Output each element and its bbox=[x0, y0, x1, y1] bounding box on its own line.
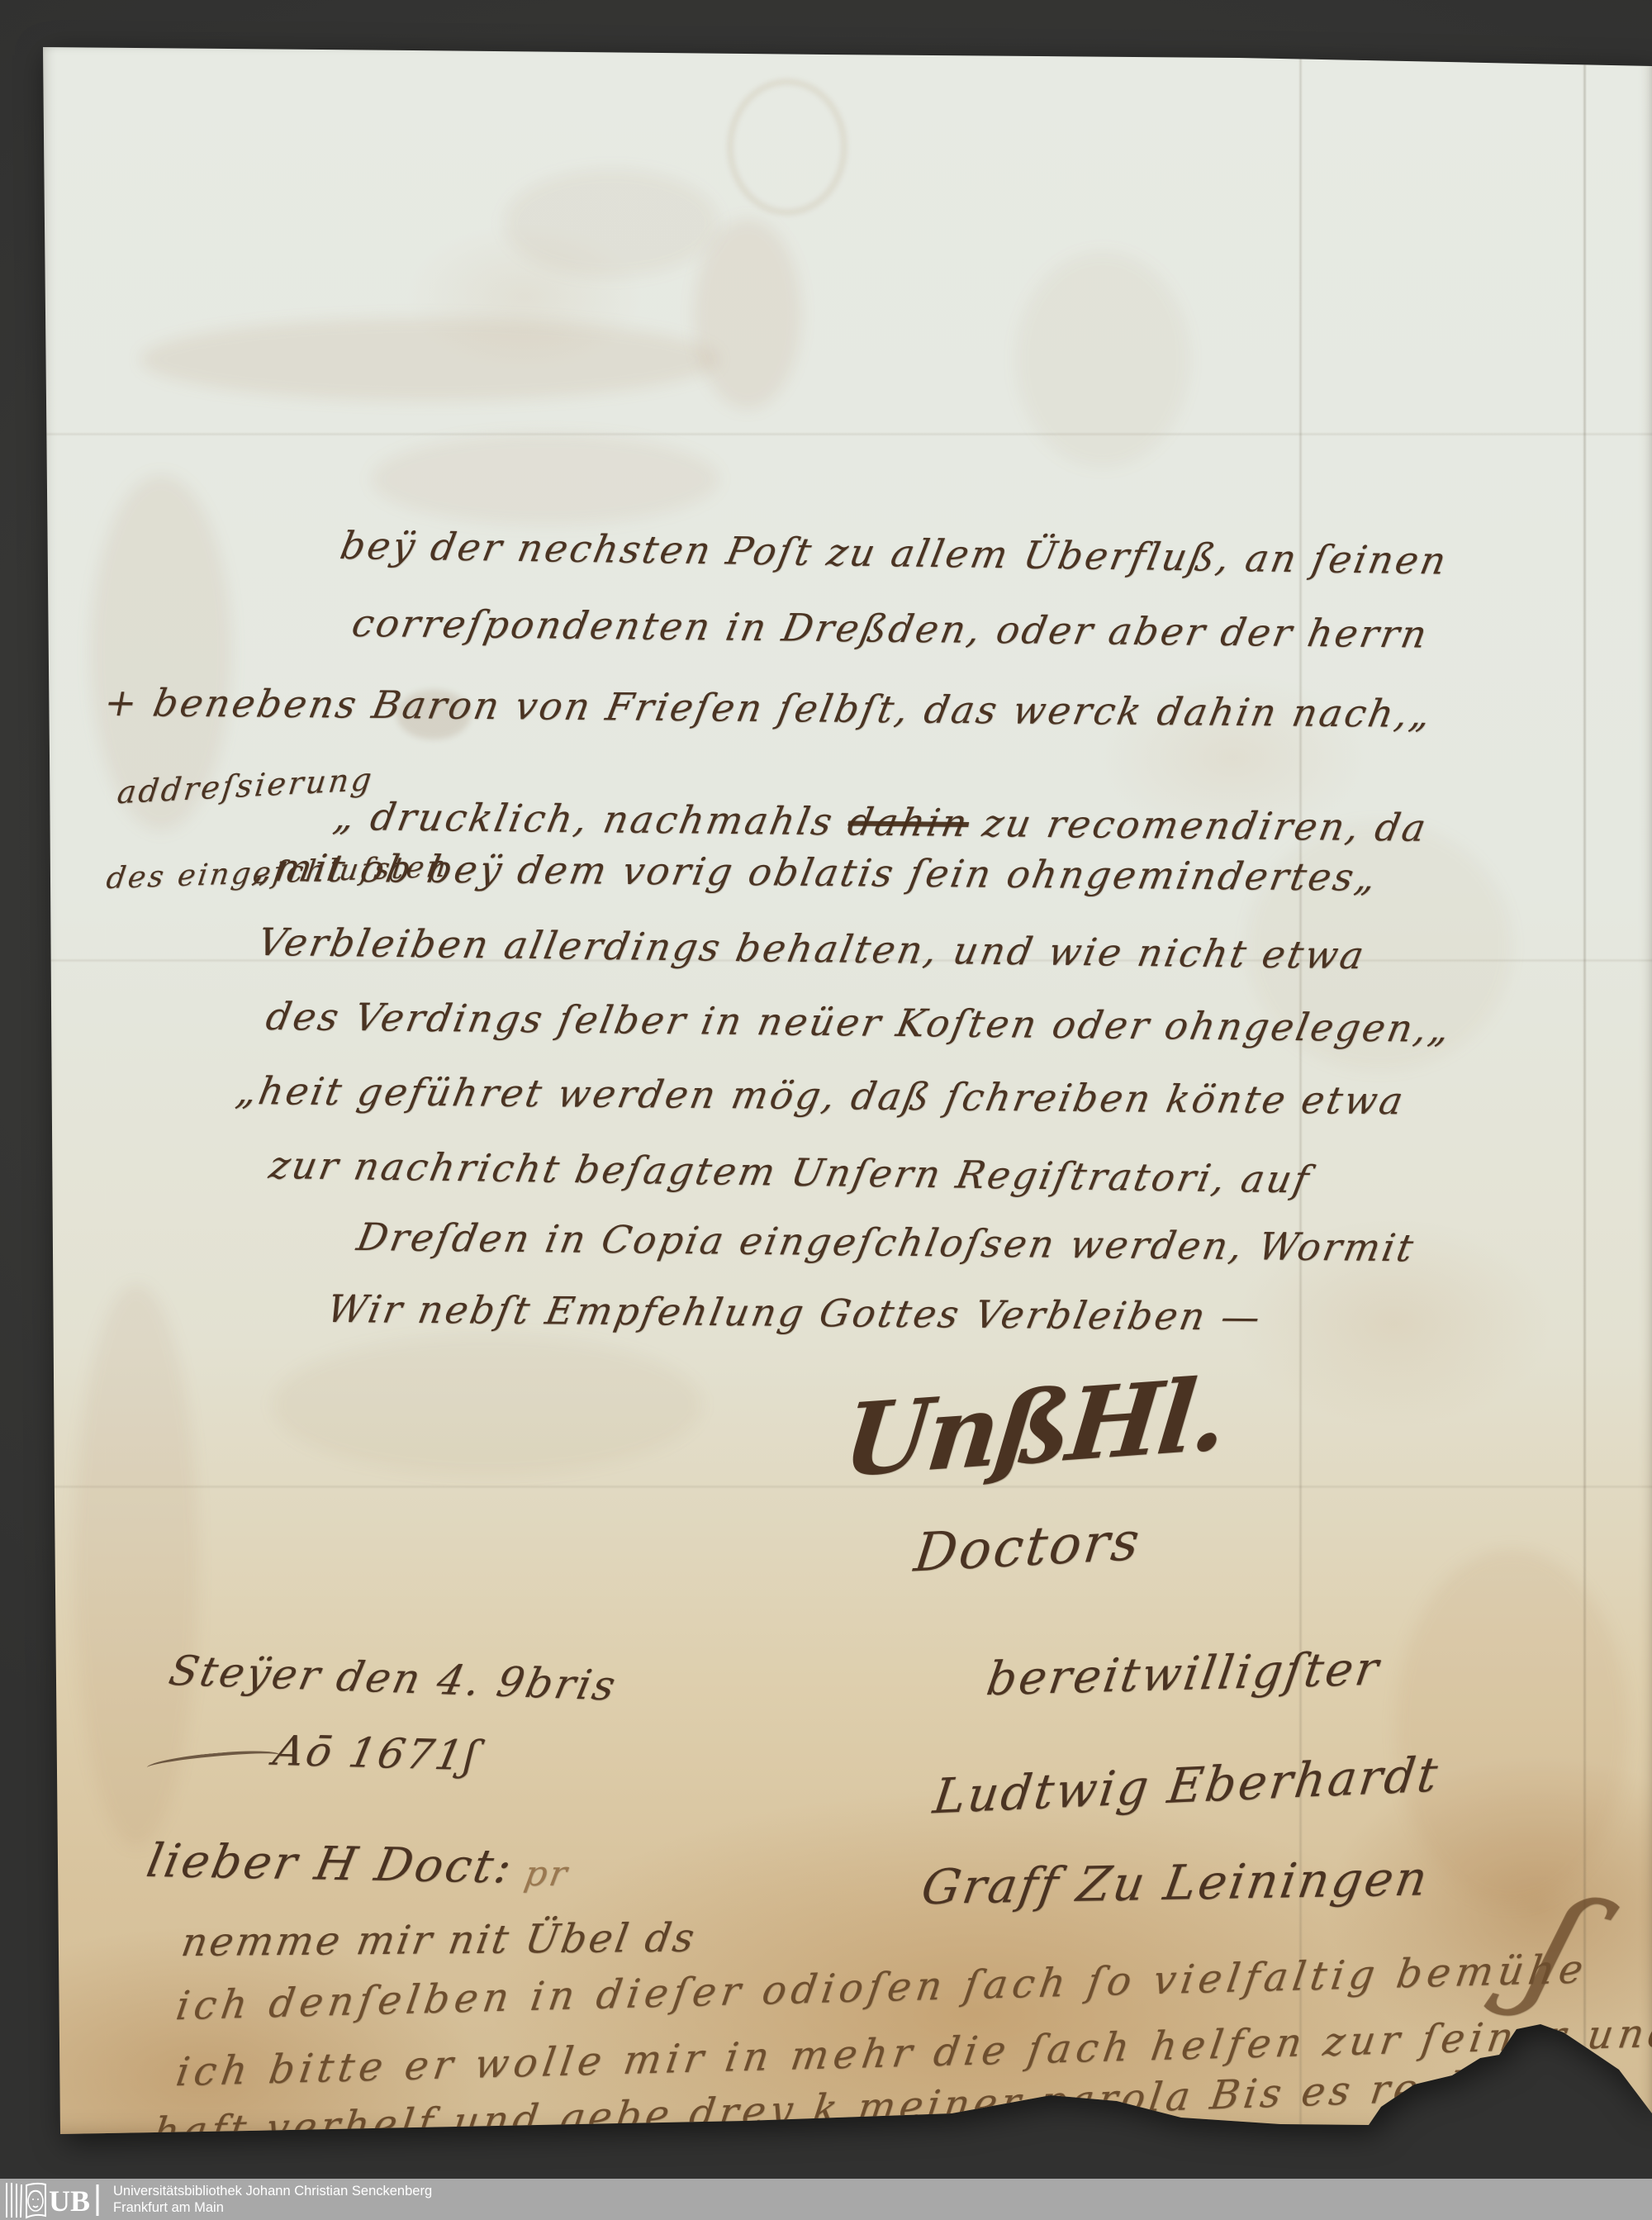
manuscript-line: Verbleiben allerdings behalten, und wie … bbox=[254, 920, 1370, 977]
manuscript-paper: beÿ der nechsten Poſt zu allem Überfluß,… bbox=[41, 45, 1652, 2140]
manuscript-line: Doctors bbox=[911, 1511, 1145, 1585]
manuscript-line: Wir nebſt Empfehlung Gottes Verbleiben — bbox=[324, 1286, 1266, 1339]
manuscript-line: lieber H Doct: bbox=[142, 1834, 518, 1894]
manuscript-line: UnßHl. bbox=[838, 1356, 1230, 1500]
manuscript-line: bereitwilligſter bbox=[983, 1642, 1384, 1707]
ink-layer: beÿ der nechsten Poſt zu allem Überfluß,… bbox=[41, 45, 1652, 2140]
scan-mat: beÿ der nechsten Poſt zu allem Überfluß,… bbox=[0, 0, 1652, 2220]
manuscript-line: Graff Zu Leiningen bbox=[918, 1850, 1433, 1915]
ub-logo-text: UB bbox=[49, 2184, 90, 2218]
library-banner: UB Universitätsbibliothek Johann Christi… bbox=[0, 2179, 1652, 2220]
library-logo: UB bbox=[4, 2179, 102, 2220]
manuscript-line: „heit geführet werden mög, daß ſchreiben… bbox=[233, 1068, 1409, 1123]
manuscript-line: Steÿer den 4. 9bris bbox=[165, 1647, 622, 1709]
manuscript-line: Aō 1671ʃ bbox=[269, 1727, 483, 1780]
library-name: Universitätsbibliothek Johann Christian … bbox=[113, 2183, 432, 2199]
manuscript-line: pr bbox=[521, 1853, 572, 1894]
manuscript-line: beÿ der nechsten Poſt zu allem Überfluß,… bbox=[337, 523, 1452, 583]
manuscript-line: kommen ih. bbox=[1375, 2114, 1571, 2157]
paper-shadow-wrap: beÿ der nechsten Poſt zu allem Überfluß,… bbox=[0, 0, 1652, 2220]
manuscript-line: + benebens Baron von Frieſen ſelbſt, das… bbox=[101, 680, 1436, 736]
ub-book-face-icon: UB bbox=[4, 2180, 102, 2219]
manuscript-line: des Verdings ſelber in neüer Koſten oder… bbox=[263, 994, 1455, 1051]
library-city: Frankfurt am Main bbox=[113, 2199, 432, 2216]
manuscript-line: Dreſden in Copia eingeſchloſsen werden, … bbox=[354, 1215, 1419, 1270]
banner-text: Universitätsbibliothek Johann Christian … bbox=[113, 2183, 432, 2216]
manuscript-line: nemme mir nit Übel ds bbox=[178, 1915, 700, 1966]
manuscript-line: zur nachricht beſagtem Unſern Regiſtrato… bbox=[266, 1143, 1315, 1201]
manuscript-line: Ludtwig Eberhardt bbox=[930, 1746, 1443, 1824]
manuscript-line: correſpondenten in Dreßden, oder aber de… bbox=[349, 601, 1432, 657]
manuscript-line: „ drucklich, nachmahls dahin zu recomend… bbox=[330, 794, 1431, 850]
manuscript-line: „mit ob beÿ dem vorig oblatis ſein ohnge… bbox=[249, 845, 1382, 900]
